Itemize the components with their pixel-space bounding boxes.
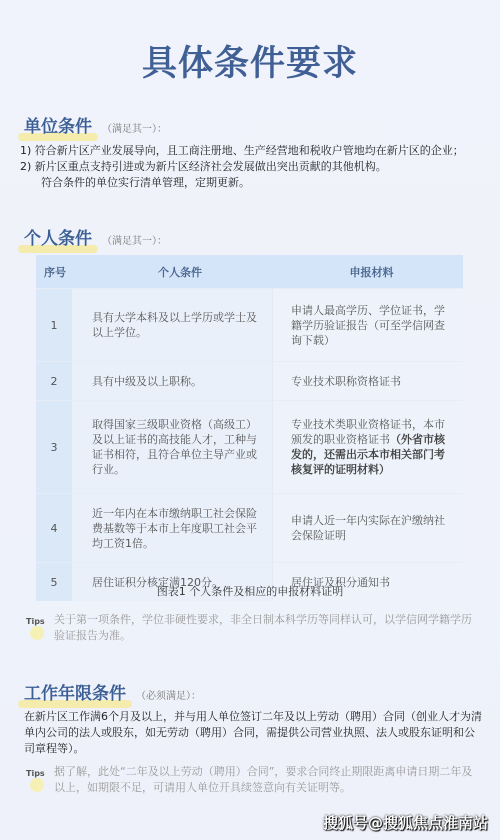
work-section-title: 工作年限条件 — [24, 679, 126, 704]
tips-personal-text: 关于第一项条件，学位非硬性要求，非全日制本科学历等同样认可，以学信网学籍学历验证… — [54, 612, 474, 644]
row-no: 3 — [36, 401, 72, 493]
work-section-header: 工作年限条件 （必须满足）： — [24, 679, 201, 704]
work-section-text: 在新片区工作满6个月及以上，并与用人单位签订二年及以上劳动（聘用）合同（创业人才… — [24, 709, 484, 757]
page-title: 具体条件要求 — [0, 36, 500, 86]
tips-personal: Tips 关于第一项条件，学位非硬性要求，非全日制本科学历等同样认可，以学信网学… — [26, 612, 474, 644]
conditions-table: 序号 个人条件 申报材料 1 具有大学本科及以上学历或学士及以上学位。 申请人最… — [36, 255, 463, 601]
personal-section-header: 个人条件 （满足其一）： — [24, 224, 167, 249]
header-no: 序号 — [36, 264, 80, 280]
unit-line-2: 2) 新片区重点支持引进或为新片区经济社会发展做出突出贡献的其他机构。 — [20, 159, 490, 175]
unit-section-header: 单位条件 （满足其一）： — [24, 112, 167, 137]
row-condition: 具有大学本科及以上学历或学士及以上学位。 — [72, 289, 272, 361]
row-material: 申请人近一年内实际在沪缴纳社会保险证明 — [272, 494, 463, 562]
header-material: 申报材料 — [280, 264, 463, 280]
row-condition: 具有中级及以上职称。 — [72, 362, 272, 400]
row-material: 专业技术类职业资格证书，本市颁发的职业资格证书（外省市核发的，还需出示本市相关部… — [272, 401, 463, 493]
work-section-note: （必须满足）： — [136, 687, 201, 702]
row-material: 专业技术职称资格证书 — [272, 362, 463, 400]
page: 具体条件要求 单位条件 （满足其一）： 1) 符合新片区产业发展导向，且工商注册… — [0, 0, 500, 840]
unit-conditions: 1) 符合新片区产业发展导向，且工商注册地、生产经营地和税收户管地均在新片区的企… — [20, 143, 490, 191]
personal-section-note: （满足其一）： — [102, 232, 167, 247]
row-no: 2 — [36, 362, 72, 400]
table-row: 3 取得国家三级职业资格（高级工）及以上证书的高技能人才，工种与证书相符，且符合… — [36, 400, 463, 493]
row-condition: 取得国家三级职业资格（高级工）及以上证书的高技能人才，工种与证书相符，且符合单位… — [72, 401, 272, 493]
personal-section-title: 个人条件 — [24, 224, 92, 249]
unit-section-title: 单位条件 — [24, 112, 92, 137]
unit-line-1: 1) 符合新片区产业发展导向，且工商注册地、生产经营地和税收户管地均在新片区的企… — [20, 143, 490, 159]
row-no: 1 — [36, 289, 72, 361]
table-header: 序号 个人条件 申报材料 — [36, 255, 463, 288]
unit-section-note: （满足其一）： — [102, 120, 167, 135]
row-material: 申请人最高学历、学位证书，学籍学历验证报告（可至学信网查询下载） — [272, 289, 463, 361]
header-condition: 个人条件 — [80, 264, 280, 280]
tips-work: Tips 据了解，此处“二年及以上劳动（聘用）合同”，要求合同终止期限距离申请日… — [26, 764, 474, 796]
watermark: 搜狐号@搜狐焦点淮南站 — [323, 812, 488, 833]
tips-icon: Tips — [26, 612, 50, 644]
tips-work-text: 据了解，此处“二年及以上劳动（聘用）合同”，要求合同终止期限距离申请日期二年及以… — [54, 764, 474, 796]
table-row: 4 近一年内在本市缴纳职工社会保险费基数等于本市上年度职工社会平均工资1倍。 申… — [36, 493, 463, 562]
row-condition: 近一年内在本市缴纳职工社会保险费基数等于本市上年度职工社会平均工资1倍。 — [72, 494, 272, 562]
tips-icon: Tips — [26, 764, 50, 796]
unit-line-3: 符合条件的单位实行清单管理，定期更新。 — [20, 175, 490, 191]
row-no: 4 — [36, 494, 72, 562]
table-row: 1 具有大学本科及以上学历或学士及以上学位。 申请人最高学历、学位证书，学籍学历… — [36, 288, 463, 361]
table-row: 2 具有中级及以上职称。 专业技术职称资格证书 — [36, 361, 463, 400]
table-caption: 图表1 个人条件及相应的申报材料证明 — [0, 583, 500, 599]
